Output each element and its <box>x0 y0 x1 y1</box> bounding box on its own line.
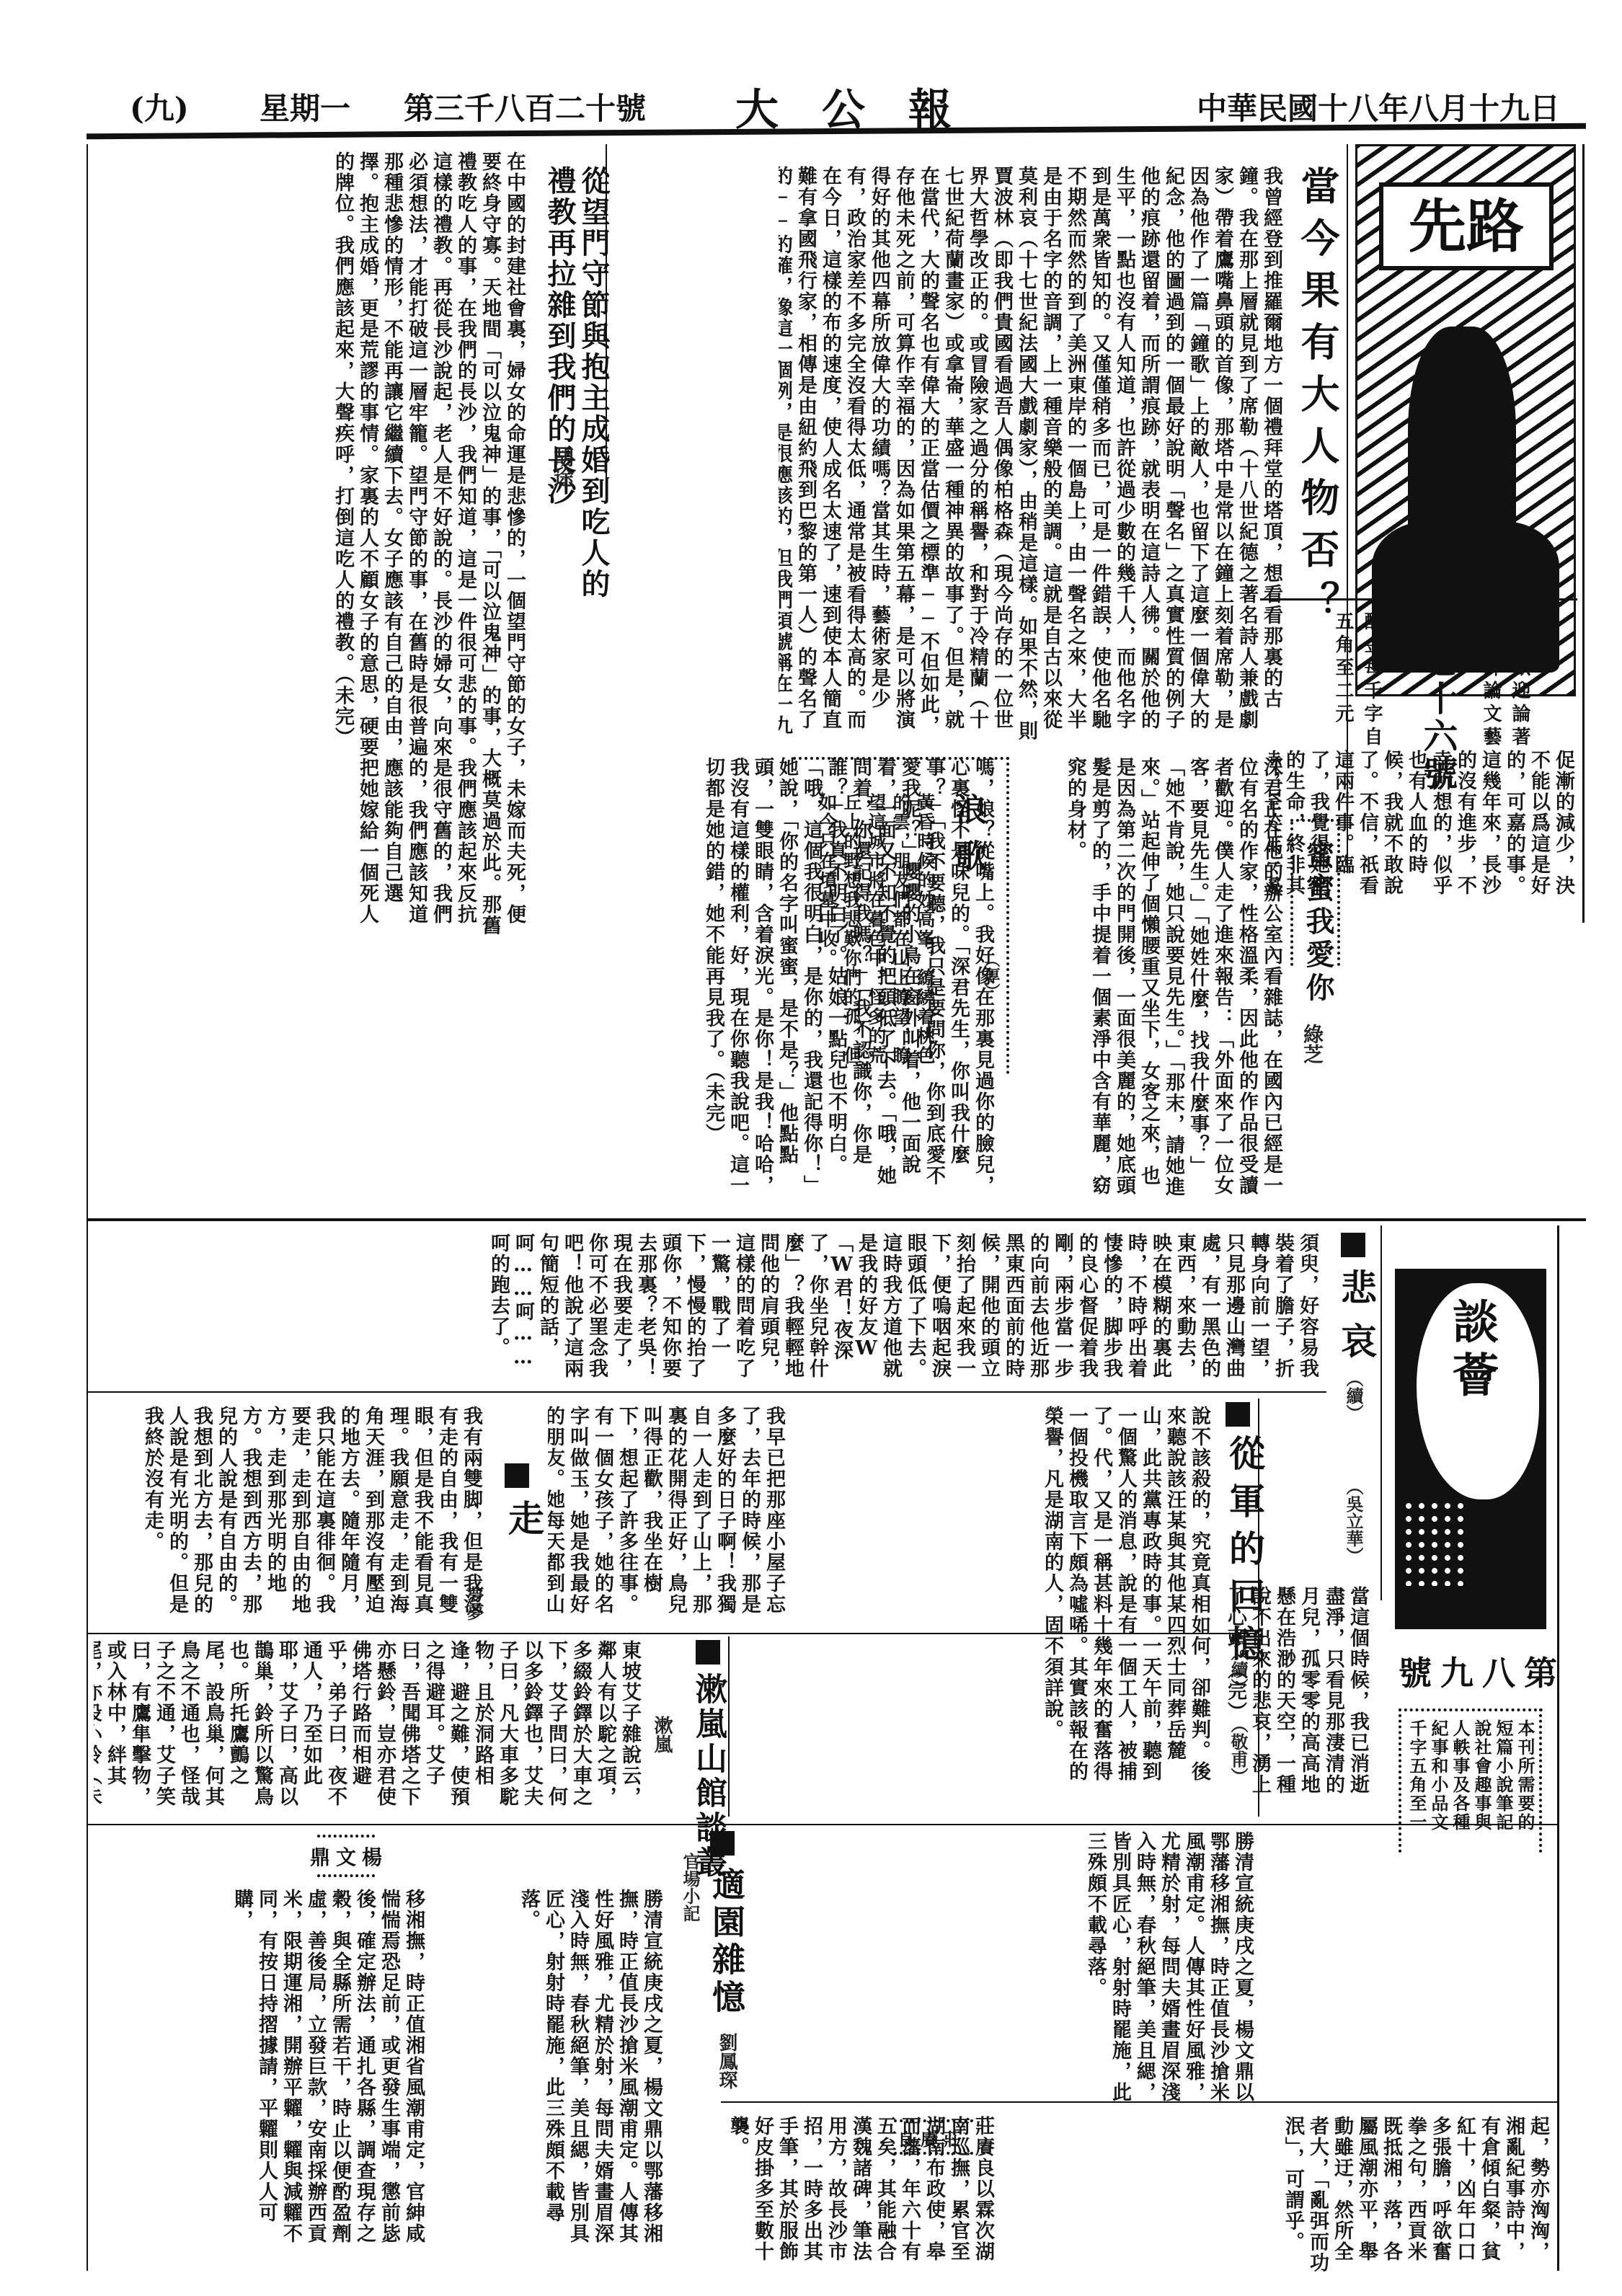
chastity-divider <box>606 144 607 490</box>
tanhui-notice-line: 短篇小說筆記 <box>1492 1719 1514 1849</box>
tanhui-column-rule <box>1557 1225 1559 2271</box>
tanhui-dots-decor <box>1402 1499 1467 1586</box>
honey-title-frame-left <box>1290 822 1293 966</box>
lower-divider-3 <box>721 2101 1557 2103</box>
article-cont-sorrow: （續） <box>1341 1370 1366 1422</box>
article-body-shiyuan: 勝清宣統庚戌之夏，楊文鼎以鄂藩移湘撫，時正值長沙搶米風潮甫定。人傳其性好風雅，尤… <box>750 1831 1254 2105</box>
article-body-jade: 我早已把那座小屋子忘了，去年的時候，那是多麼好的日子啊！我獨自一人走到了山上，那… <box>548 1406 786 1622</box>
shulan-marker-icon <box>696 1640 720 1665</box>
article-title-shiyuan: 適園雜憶 <box>703 1867 750 2017</box>
page-left-border <box>87 144 88 2271</box>
article-body-walk: 我有兩雙脚，但是我沒有走的自由，我有一雙眼，但是我不能看見真理。我願意走，走到海… <box>94 1406 483 1622</box>
tanhui-notice-frame-top <box>1399 1708 1543 1711</box>
page-number: (九) <box>130 85 189 128</box>
article-body-shiyuan-left: 勝清宣統庚戌之夏，楊文鼎以鄂藩移湘撫，時正值長沙搶米風潮甫定。人傳其性好風雅，尤… <box>433 1889 663 2264</box>
shulan-divider <box>728 1636 730 1817</box>
xianlu-column-rule <box>1582 144 1585 923</box>
xianlu-notice-1: 本刊歡迎論著 <box>1507 611 1533 750</box>
tanhui-notice-line: 人軼事及各種 <box>1449 1719 1471 1849</box>
article-author-shiyuan: 劉鳳琛 <box>714 2033 740 2089</box>
article-author-sorrow: （吳立華） <box>1341 1478 1366 1564</box>
article-body-yang: 移湘撫，時正值湘省風潮甫定，官紳咸惴惴焉恐足前，或更發生事端，懲前毖後，確定辦法… <box>94 1889 425 2264</box>
xianlu-masthead-title: 先路 <box>1379 182 1554 270</box>
wave-song-frame-right <box>1006 757 1009 1074</box>
tanhui-notice-frame-right <box>1539 1708 1542 1853</box>
tanhui-notice-frame-left <box>1399 1708 1401 1853</box>
tanhui-notice-line: 千字五角至一元 <box>1406 1719 1427 1849</box>
issue-number: 第三千八百二十號 <box>404 85 646 128</box>
weekday: 星期一 <box>260 85 350 128</box>
shiyuan-marker-icon <box>710 1831 735 1856</box>
tanhui-notice-line: 說社會趣事與 <box>1471 1719 1492 1849</box>
article-author-honey: 綠芝 <box>1298 1024 1326 1064</box>
tanhui-notice-line: 本刊所需要的 <box>1514 1719 1535 1849</box>
article-title-yang: 楊文鼎 <box>310 1842 388 1871</box>
article-author-chastity: 胡途 <box>548 447 577 487</box>
xianlu-notice-2: 譯述評論文藝 <box>1478 611 1504 750</box>
lower-divider-2 <box>87 1824 1557 1825</box>
tanhui-masthead-illustration: 談薈 <box>1395 1269 1546 1629</box>
article-subtitle-shiyuan: 官場小記 <box>678 1853 703 1922</box>
article-body-honey: 深君正在他的辦公室內看雜誌，在國內已經是一位有名的作家，性格溫柔，因此他的作品很… <box>1002 757 1283 1204</box>
xianlu-fee-1: 酬金每千字自 <box>1359 611 1386 750</box>
article-title-sorrow: 悲哀 <box>1330 1269 1382 1375</box>
sorrow-divider <box>87 1391 1326 1393</box>
article-title-great-men: 當今果有大人物否？ <box>1290 166 1346 633</box>
article-body-sorrow: 須臾，好容易我裝着了膽子，折轉身向前一望，只見那邊山灣曲處，有一黑色的東西，來動… <box>94 1233 1319 1384</box>
yang-title-frame-top <box>317 1835 375 1838</box>
article-title-honey: 蜜蜜我愛你 <box>1298 840 1339 1006</box>
yang-title-frame-bottom <box>317 1874 375 1877</box>
tanhui-issue-number: 第八九號 <box>1399 1647 1566 1695</box>
lower-divider-1 <box>87 1633 1254 1634</box>
article-title-walk: 走 <box>497 1499 549 1535</box>
sorrow-marker-icon <box>1341 1233 1365 1257</box>
article-author-shulan: 漱嵐 <box>649 1716 675 1753</box>
article-body-zhuang: 莊賡良以霖次湖南巡撫，累官至湖南布政使，皋而藩，年六十有五矣，其能融合漢魏諸碑，… <box>728 2116 995 2282</box>
honey-title-frame-top <box>1290 819 1339 822</box>
army-memory-marker-icon <box>1226 1402 1250 1427</box>
walk-marker-icon <box>505 1463 529 1488</box>
article-body-shulan: 東坡艾子雜說云，鄰人有以駝之項，多綴鈴鐸於大車之下，艾子問曰，何以多鈴鐸也，艾夫… <box>94 1640 642 1820</box>
article-body-xiang-luan: 起，勢亦洶洶，湘亂紀事詩中，有倉傾白粲，貧紅十，凶年口口多張膽，呼欲奮拳之句，西… <box>1002 2116 1550 2282</box>
section-rule-middle <box>87 1218 1586 1221</box>
tanhui-masthead-title: 談薈 <box>1438 1298 1504 1404</box>
tanhui-notice-line: 紀事和小品文 <box>1427 1719 1449 1849</box>
tanhui-notice: 本刊所需要的 短篇小說筆記 說社會趣事與 人軼事及各種 紀事和小品文 千字五角至… <box>1406 1719 1535 1849</box>
publication-date: 中華民國十八年八月十九日 <box>1197 85 1560 128</box>
article-body-left-lower: 嗎，娘？從嘴上。我好像在那裏見過你的臉兒，心裏怪不是味兒的。「深君先生，你叫我什… <box>94 757 995 1204</box>
article-body-great-men: 我曾經登到推羅爾地方一個禮拜堂的塔頂，想看看那裏的古鐘。我在那上層就見到了席勒（… <box>779 166 1283 743</box>
article-body-moon: 當這個時候，我已消逝盡淨，只看見那淒清的月兒，孤零零的高高地懸在浩渺的天空，一種… <box>1081 1586 1370 1802</box>
